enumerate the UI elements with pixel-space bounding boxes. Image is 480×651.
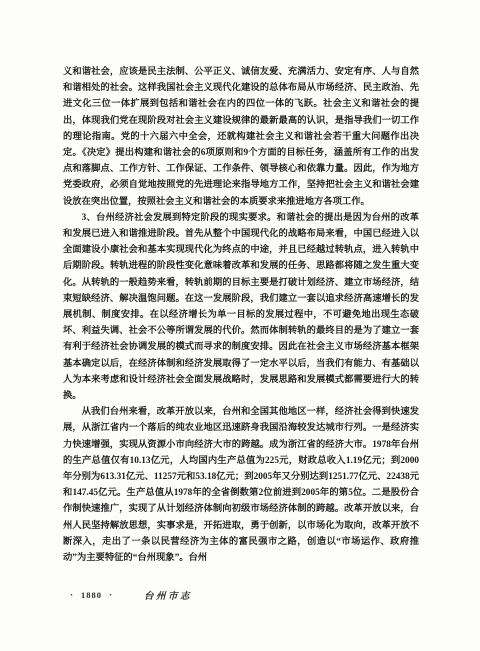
document-page: 义和谐社会，应该是民主法制、公平正义、诚信友爱、充满活力、安定有序、人与自然和谐…	[0, 0, 480, 651]
book-title: 台州市志	[144, 588, 192, 602]
body-text: 义和谐社会，应该是民主法制、公平正义、诚信友爱、充满活力、安定有序、人与自然和谐…	[63, 64, 419, 566]
page-number: · 1880 ·	[63, 590, 120, 600]
body-paragraph-section-3: 3、台州经济社会发展到特定阶段的现实要求。和谐社会的提出是因为台州的改革和发展已…	[63, 210, 419, 404]
page-footer: · 1880 · 台州市志	[63, 588, 419, 602]
folio-right-dot: ·	[109, 590, 113, 600]
body-paragraph-continuation: 义和谐社会，应该是民主法制、公平正义、诚信友爱、充满活力、安定有序、人与自然和谐…	[63, 64, 419, 210]
folio-left-dot: ·	[70, 590, 74, 600]
folio-number: 1880	[81, 590, 102, 600]
body-paragraph-taizhou-overview: 从我们台州来看，改革开放以来，台州和全国其他地区一样，经济社会得到快速发展，从浙…	[63, 404, 419, 566]
